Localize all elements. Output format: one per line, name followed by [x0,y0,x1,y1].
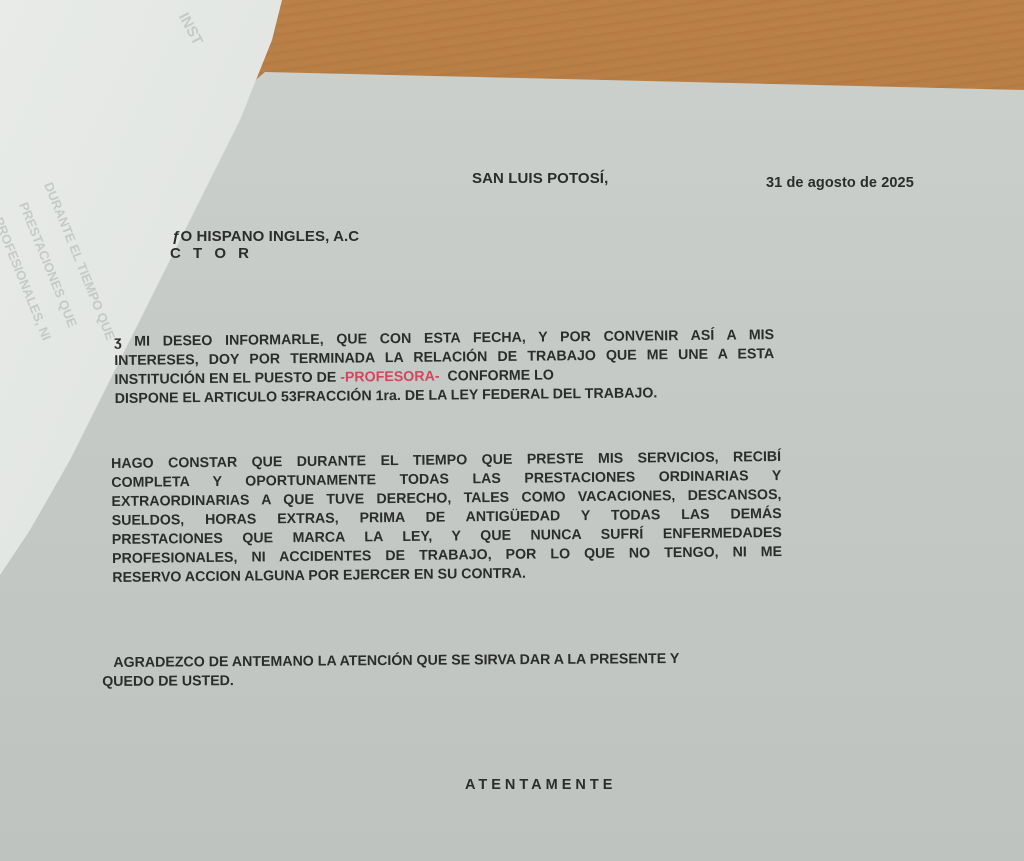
line-text: CONFORME LO [439,367,553,384]
addressee-title: C T O R [170,245,253,262]
ghost-text: INST [175,10,206,48]
letter-date: 31 de agosto de 2025 [766,175,914,191]
addressee-institution: ƒO HISPANO INGLES, A.C [172,228,359,245]
position-title: PROFESORA [345,369,435,386]
line-text: INSTITUCIÓN EN EL PUESTO DE [114,370,340,388]
letter-city: SAN LUIS POTOSÍ, [472,170,608,187]
closing-signoff: ATENTAMENTE [465,777,616,793]
paragraph-statement: HAGO CONSTAR QUE DURANTE EL TIEMPO QUE P… [111,448,782,588]
paragraph-thanks: AGRADEZCO DE ANTEMANO LA ATENCIÓN QUE SE… [102,649,792,692]
paragraph-resignation: ʒ MI DESEO INFORMARLE, QUE CON ESTA FECH… [114,326,775,409]
